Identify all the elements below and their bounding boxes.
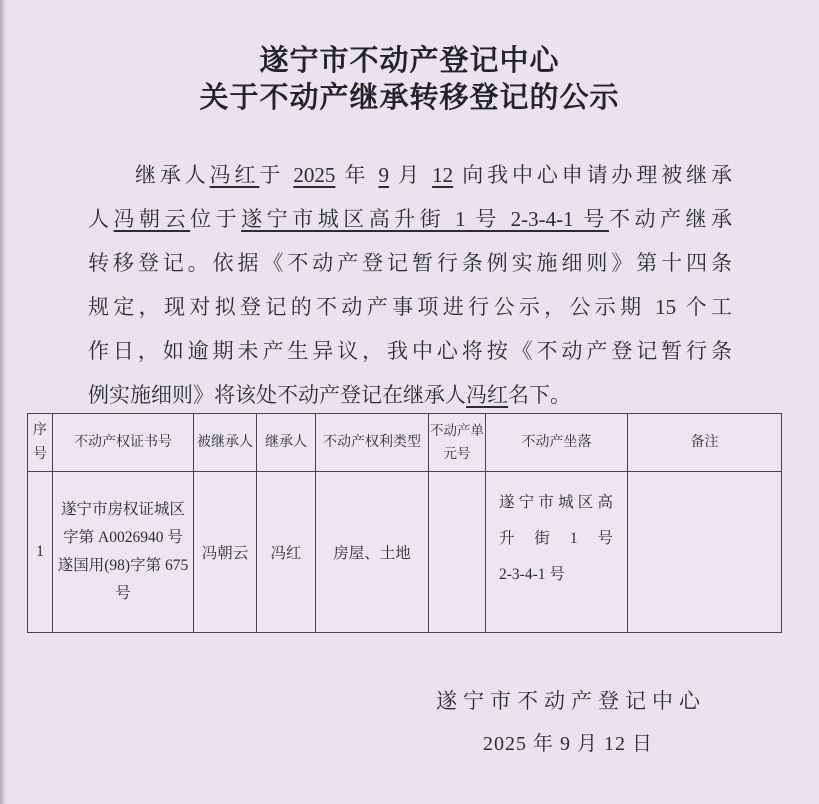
header-location: 不动产坐落 [486, 414, 628, 472]
cell-decedent: 冯朝云 [194, 472, 257, 633]
body-line: 规定，现对拟登记的不动产事项进行公示，公示期 15 个工 [88, 285, 732, 329]
cell-remarks [628, 472, 782, 633]
issue-date: 2025 年 9 月 12 日 [436, 732, 700, 756]
body-line: 例实施细则》将该处不动产登记在继承人冯红名下。 [88, 373, 732, 417]
location-line: 升街1号 [499, 521, 613, 557]
body-line: 作日，如逾期未产生异议，我中心将按《不动产登记暂行条 [88, 329, 732, 373]
cell-seq-no: 1 [28, 472, 53, 633]
signature-block: 遂宁市不动产登记中心 2025 年 9 月 12 日 [436, 688, 700, 756]
cert-no-line: 遂宁市房权证城区 [55, 496, 191, 524]
header-unit-no: 不动产单元号 [429, 414, 486, 472]
notice-document: 遂宁市不动产登记中心 关于不动产继承转移登记的公示 继承人冯红于 2025 年 … [0, 0, 819, 804]
title-line-2: 关于不动产继承转移登记的公示 [0, 80, 819, 117]
header-right-type: 不动产权利类型 [316, 414, 429, 472]
notice-body: 继承人冯红于 2025 年 9 月 12 向我中心申请办理被继承人冯朝云位于遂宁… [88, 153, 732, 417]
header-seq-no: 序号 [28, 414, 53, 472]
body-line: 转移登记。依据《不动产登记暂行条例实施细则》第十四条 [88, 241, 732, 285]
cell-location: 遂宁市城区高升街1号2-3-4-1 号 [486, 472, 628, 633]
cert-no-line: 字第 A0026940 号 [55, 524, 191, 552]
header-decedent: 被继承人 [194, 414, 257, 472]
location-line: 2-3-4-1 号 [499, 557, 613, 593]
location-line: 遂宁市城区高 [499, 485, 613, 521]
header-cert-no: 不动产权证书号 [53, 414, 194, 472]
title-line-1: 遂宁市不动产登记中心 [0, 43, 819, 80]
registration-table: 序号 不动产权证书号 被继承人 继承人 不动产权利类型 不动产单元号 不动产坐落… [27, 413, 782, 633]
body-line: 继承人冯红于 2025 年 9 月 12 向我中心申请办理被继承 [88, 153, 732, 197]
cert-no-line: 号 [55, 580, 191, 608]
table-header-row: 序号 不动产权证书号 被继承人 继承人 不动产权利类型 不动产单元号 不动产坐落… [28, 414, 782, 472]
table-row: 1 遂宁市房权证城区字第 A0026940 号遂国用(98)字第 675号 冯朝… [28, 472, 782, 633]
document-title: 遂宁市不动产登记中心 关于不动产继承转移登记的公示 [0, 43, 819, 117]
cert-no-line: 遂国用(98)字第 675 [55, 552, 191, 580]
cell-unit-no [429, 472, 486, 633]
header-remarks: 备注 [628, 414, 782, 472]
cell-cert-no: 遂宁市房权证城区字第 A0026940 号遂国用(98)字第 675号 [53, 472, 194, 633]
issuer-name: 遂宁市不动产登记中心 [436, 688, 706, 714]
cell-right-type: 房屋、土地 [316, 472, 429, 633]
cell-heir: 冯红 [257, 472, 316, 633]
header-heir: 继承人 [257, 414, 316, 472]
body-line: 人冯朝云位于遂宁市城区高升街 1 号 2-3-4-1 号不动产继承 [88, 197, 732, 241]
